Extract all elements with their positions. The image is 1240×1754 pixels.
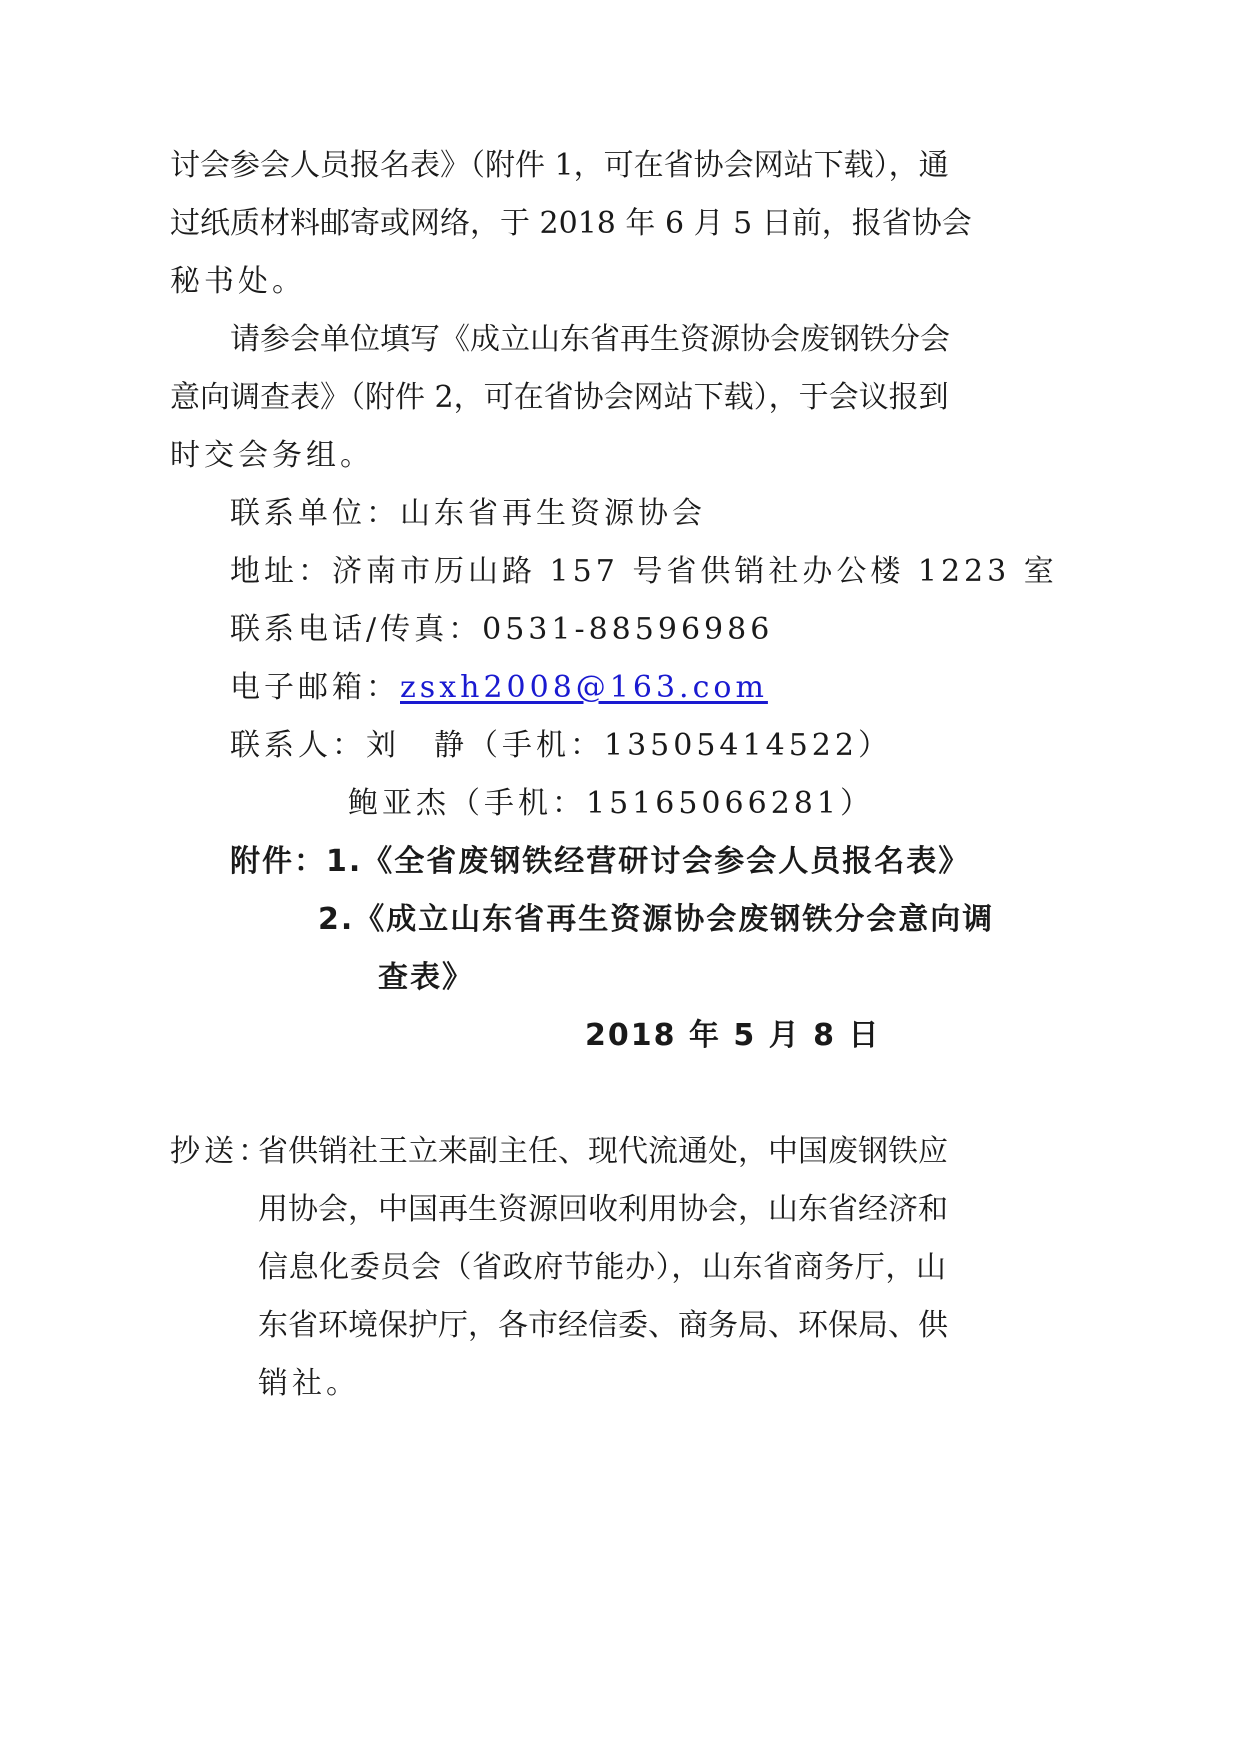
contact-email-link[interactable]: zsxh2008@163.com [400, 670, 768, 705]
contact-phone-value: 0531-88596986 [482, 612, 773, 647]
cc-line-1: 省供销社王立来副主任、现代流通处，中国废钢铁应 [258, 1132, 946, 1172]
attachments-item-1: 附件：1.《全省废钢铁经营研讨会参会人员报名表》 [230, 842, 970, 882]
contact-phone-label: 联系电话/传真： [230, 612, 482, 647]
contact-address: 地址：济南市历山路 157 号省供销社办公楼 1223 室 [230, 552, 1058, 592]
contact-unit-label: 联系单位： [230, 496, 400, 531]
contact-email: 电子邮箱：zsxh2008@163.com [230, 668, 768, 708]
attachment-1-title: 1.《全省废钢铁经营研讨会参会人员报名表》 [326, 844, 970, 879]
contact-email-label: 电子邮箱： [230, 670, 400, 705]
contact-person-label: 联系人： [230, 728, 366, 763]
attachment-2-title-line-2: 查表》 [378, 958, 474, 998]
contact-unit: 联系单位：山东省再生资源协会 [230, 494, 706, 534]
contact-address-value: 济南市历山路 157 号省供销社办公楼 1223 室 [332, 554, 1058, 589]
body-paragraph-2-line-3: 时交会务组。 [170, 436, 374, 476]
contact-person-1: 联系人：刘 静（手机：13505414522） [230, 726, 892, 766]
body-paragraph-1-line-1: 讨会参会人员报名表》（附件 1，可在省协会网站下载），通 [170, 146, 946, 186]
cc-line-5: 销社。 [258, 1364, 360, 1404]
cc-line-4: 东省环境保护厅，各市经信委、商务局、环保局、供 [258, 1306, 946, 1346]
body-paragraph-2-line-2: 意向调查表》（附件 2，可在省协会网站下载），于会议报到 [170, 378, 946, 418]
cc-line-3: 信息化委员会（省政府节能办），山东省商务厅，山 [258, 1248, 946, 1288]
contact-person-1-value: 刘 静（手机：13505414522） [366, 728, 892, 763]
attachment-2-title-line-1: 2.《成立山东省再生资源协会废钢铁分会意向调 [318, 900, 994, 940]
contact-unit-value: 山东省再生资源协会 [400, 496, 706, 531]
body-paragraph-1-line-3: 秘书处。 [170, 262, 306, 302]
body-paragraph-2-line-1: 请参会单位填写《成立山东省再生资源协会废钢铁分会 [230, 320, 946, 360]
attachments-label: 附件： [230, 844, 326, 879]
contact-address-label: 地址： [230, 554, 332, 589]
contact-phone: 联系电话/传真：0531-88596986 [230, 610, 773, 650]
cc-label: 抄送： [170, 1132, 272, 1172]
document-date: 2018 年 5 月 8 日 [585, 1016, 880, 1056]
contact-person-2: 鲍亚杰（手机：15165066281） [348, 784, 874, 824]
body-paragraph-1-line-2: 过纸质材料邮寄或网络，于 2018 年 6 月 5 日前，报省协会 [170, 204, 946, 244]
cc-line-2: 用协会，中国再生资源回收利用协会，山东省经济和 [258, 1190, 946, 1230]
